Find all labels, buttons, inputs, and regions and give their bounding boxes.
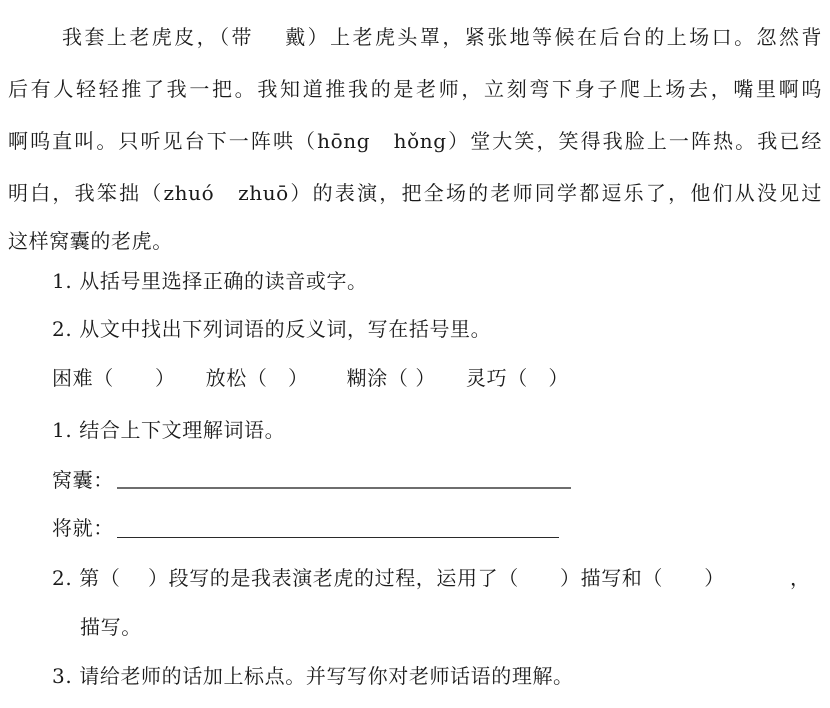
antonym-word: 困难 bbox=[52, 366, 93, 390]
antonym-blank[interactable]: （ ） bbox=[93, 366, 175, 390]
passage-line-4: 明白，我笨拙（zhuó zhuō）的表演，把全场的老师同学都逗乐了，他们从没见过 bbox=[8, 181, 822, 205]
antonym-blank[interactable]: （ ） bbox=[247, 366, 309, 390]
antonym-item-2: 放松（ ） bbox=[206, 366, 309, 390]
answer-line-wonang[interactable] bbox=[117, 487, 571, 489]
question-1-pronunciation: 1. 从括号里选择正确的读音或字。 bbox=[52, 269, 368, 293]
passage-line-3: 啊呜直叫。只听见台下一阵哄（hōng hǒng）堂大笑，笑得我脸上一阵热。我已经 bbox=[8, 129, 822, 153]
question-2-antonyms: 2. 从文中找出下列词语的反义词，写在括号里。 bbox=[52, 317, 491, 341]
antonym-blank[interactable]: （ ） bbox=[388, 366, 436, 390]
antonym-row: 困难（ ）放松（ ）糊涂（ ）灵巧（ ） bbox=[52, 366, 569, 390]
antonym-word: 灵巧 bbox=[466, 366, 507, 390]
passage-line-1: 我套上老虎皮，（带 戴）上老虎头罩，紧张地等候在后台的上场口。忽然背 bbox=[62, 25, 822, 49]
answer-line-jiangjiu[interactable] bbox=[117, 537, 559, 538]
antonym-blank[interactable]: （ ） bbox=[507, 366, 569, 390]
term-label-jiangjiu: 将就： bbox=[52, 516, 114, 540]
question-4-description-line-2: 描写。 bbox=[80, 615, 142, 639]
antonym-item-3: 糊涂（ ） bbox=[347, 366, 436, 390]
term-label-wonang: 窝囊： bbox=[52, 468, 114, 492]
antonym-word: 糊涂 bbox=[347, 366, 388, 390]
antonym-item-1: 困难（ ） bbox=[52, 366, 176, 390]
passage-line-5: 这样窝囊的老虎。 bbox=[8, 229, 822, 253]
question-4-description-line-1: 2. 第（ ）段写的是我表演老虎的过程，运用了（ ）描写和（ ） bbox=[52, 566, 725, 590]
question-3-word-meaning: 1. 结合上下文理解词语。 bbox=[52, 418, 285, 442]
antonym-word: 放松 bbox=[206, 366, 247, 390]
question-4-comma: ， bbox=[790, 566, 811, 590]
antonym-item-4: 灵巧（ ） bbox=[466, 366, 569, 390]
question-5-punctuation: 3. 请给老师的话加上标点。并写写你对老师话语的理解。 bbox=[52, 664, 574, 688]
passage-line-2: 后有人轻轻推了我一把。我知道推我的是老师，立刻弯下身子爬上场去，嘴里啊呜 bbox=[8, 77, 822, 101]
